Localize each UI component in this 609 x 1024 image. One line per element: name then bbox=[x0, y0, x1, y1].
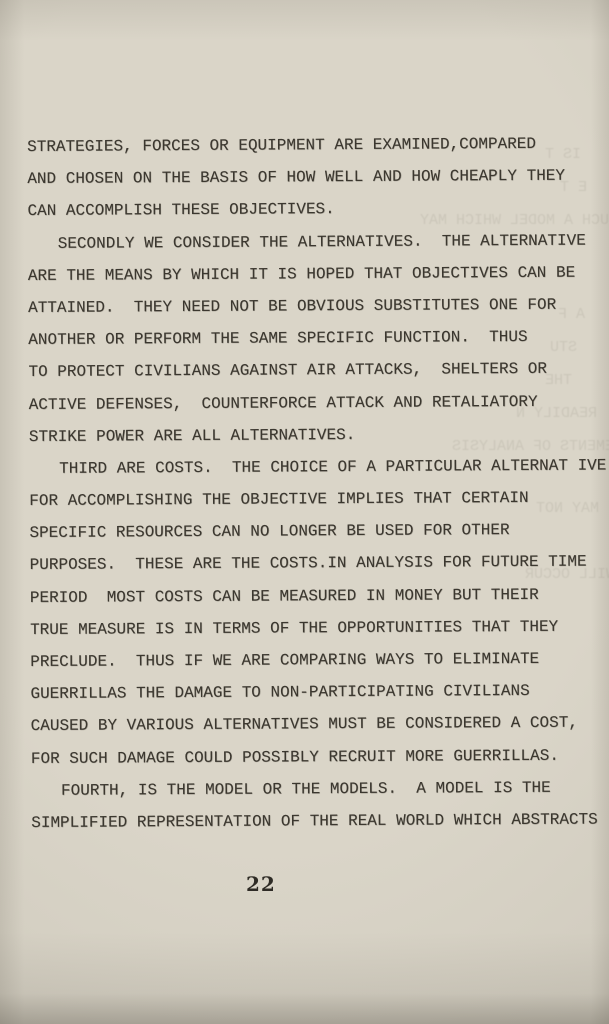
text-line: CAUSED BY VARIOUS ALTERNATIVES MUST BE C… bbox=[31, 707, 609, 743]
text-line: PERIOD MOST COSTS CAN BE MEASURED IN MON… bbox=[30, 578, 609, 614]
text-line: CAN ACCOMPLISH THESE OBJECTIVES. bbox=[27, 192, 609, 228]
text-line: THIRD ARE COSTS. THE CHOICE OF A PARTICU… bbox=[29, 449, 609, 485]
text-line: STRIKE POWER ARE ALL ALTERNATIVES. bbox=[29, 417, 609, 453]
text-line: SPECIFIC RESOURCES CAN NO LONGER BE USED… bbox=[29, 514, 609, 550]
text-line: PRECLUDE. THUS IF WE ARE COMPARING WAYS … bbox=[30, 642, 609, 678]
page-number: 22 bbox=[246, 872, 276, 896]
text-line: TO PROTECT CIVILIANS AGAINST AIR ATTACKS… bbox=[28, 353, 609, 389]
text-line: TRUE MEASURE IS IN TERMS OF THE OPPORTUN… bbox=[30, 610, 609, 646]
text-line: SECONDLY WE CONSIDER THE ALTERNATIVES. T… bbox=[28, 224, 609, 260]
text-line: FOURTH, IS THE MODEL OR THE MODELS. A MO… bbox=[31, 771, 609, 807]
text-line: ACTIVE DEFENSES, COUNTERFORCE ATTACK AND… bbox=[29, 385, 609, 421]
text-line: ARE THE MEANS BY WHICH IT IS HOPED THAT … bbox=[28, 256, 609, 292]
text-line: STRATEGIES, FORCES OR EQUIPMENT ARE EXAM… bbox=[27, 127, 609, 163]
text-line: AND CHOSEN ON THE BASIS OF HOW WELL AND … bbox=[27, 160, 609, 196]
text-line: FOR SUCH DAMAGE COULD POSSIBLY RECRUIT M… bbox=[31, 739, 609, 775]
scanned-document-page: IS TE TSUCH A MODEL WHICH MAYA FSTUTHERE… bbox=[0, 0, 609, 1024]
text-line: GUERRILLAS THE DAMAGE TO NON-PARTICIPATI… bbox=[30, 675, 609, 711]
page-text: STRATEGIES, FORCES OR EQUIPMENT ARE EXAM… bbox=[27, 127, 609, 839]
text-line: FOR ACCOMPLISHING THE OBJECTIVE IMPLIES … bbox=[29, 481, 609, 517]
text-line: ANOTHER OR PERFORM THE SAME SPECIFIC FUN… bbox=[28, 320, 609, 356]
text-line: SIMPLIFIED REPRESENTATION OF THE REAL WO… bbox=[31, 803, 609, 839]
text-line: PURPOSES. THESE ARE THE COSTS.IN ANALYSI… bbox=[30, 546, 609, 582]
text-line: ATTAINED. THEY NEED NOT BE OBVIOUS SUBST… bbox=[28, 288, 609, 324]
